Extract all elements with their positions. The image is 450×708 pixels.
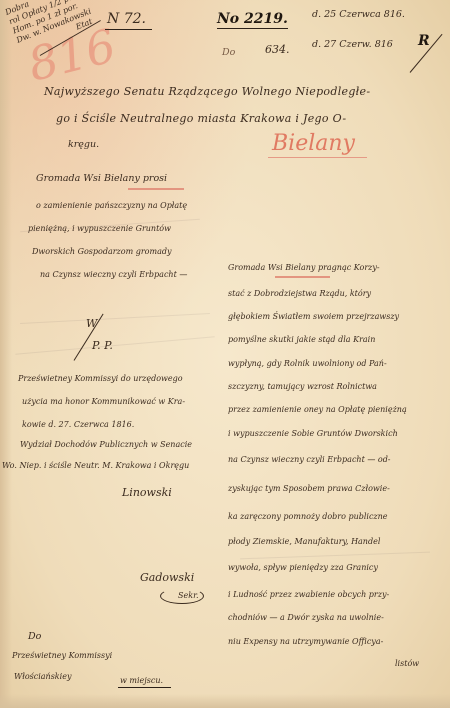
signature-flourish [160, 588, 204, 604]
body-line: szczyzny, tamujący wzrost Rolnictwa [228, 383, 377, 391]
summary-line: pieniężną, i wypuszczenie Gruntów [28, 225, 171, 233]
summary-line: Gromada Wsi Bielany prosi [36, 174, 167, 184]
body-line: przez zamienienie oney na Opłatę pienięż… [228, 406, 407, 414]
summary-line: o zamienienie pańszczyzny na Opłatę [36, 202, 187, 210]
body-line: i wypuszczenie Sobie Gruntów Dworskich [228, 430, 398, 438]
paper-left-edge [0, 0, 12, 708]
corner-mark: R [418, 34, 430, 48]
heading-line: kręgu. [68, 140, 99, 150]
registry-sub-right: 634. [265, 44, 290, 55]
date-received: d. 25 Czerwca 816. [312, 10, 405, 20]
body-line: pomyślne skutki jakie stąd dla Krain [228, 336, 375, 344]
body-line: głębokiem Światłem swoiem przejrzawszy [228, 313, 399, 321]
registry-number: No 2219. [217, 12, 288, 29]
body-line: listów [395, 660, 419, 668]
summary-red-underline [128, 188, 184, 190]
paper-bottom-edge [0, 694, 450, 708]
body-line: i Ludność przez zwabienie obcych przy- [228, 591, 389, 599]
address-location: w miejscu. [118, 677, 171, 688]
signature-linowski: Linowski [122, 487, 172, 498]
red-place-name: Bielany [268, 133, 367, 158]
bleed-through [240, 552, 430, 560]
body-line: ka zaręczony pomnoży dobro publiczne [228, 513, 388, 521]
bleed-through [20, 313, 210, 324]
address-line: Włościańskiey [14, 673, 71, 681]
body-line: Gromada Wsi Bielany pragnąc Korzy- [228, 264, 380, 272]
summary-line: Dworskich Gospodarzom gromady [32, 248, 171, 256]
body-line: zyskując tym Sposobem prawa Człowie- [228, 485, 390, 493]
summary-line: na Czynsz wieczny czyli Erbpacht — [40, 271, 187, 279]
body-red-underline [275, 276, 330, 278]
referral-line: użycia ma honor Kommunikować w Kra- [22, 398, 185, 406]
referral-line: Wo. Niep. i ściśle Neutr. M. Krakowa i O… [2, 462, 189, 470]
heading-line: Najwyższego Senatu Rządzącego Wolnego Ni… [44, 86, 370, 97]
body-line: niu Expensy na utrzymywanie Officya- [228, 638, 383, 646]
heading-line: go i Ściśle Neutralnego miasta Krakowa i… [56, 113, 346, 124]
referral-line: kowie d. 27. Czerwca 1816. [22, 421, 134, 429]
referral-line: Prześwietney Kommissyi do urzędowego [18, 375, 183, 383]
bleed-through [15, 336, 214, 354]
body-line: wywoła, spływ pieniędzy zza Granicy [228, 564, 378, 572]
referral-line: Wydział Dochodów Publicznych w Senacie [20, 441, 192, 449]
body-line: wypłyną, gdy Rolnik uwolniony od Pań- [228, 360, 387, 368]
address-line: Do [28, 632, 41, 642]
body-line: stać z Dobrodziejstwa Rządu, który [228, 290, 371, 298]
signature-gadowski: Gadowski [140, 572, 194, 583]
initials-bottom: P. P. [92, 340, 113, 351]
address-line: Prześwietney Kommissyi [12, 652, 112, 660]
body-line: płody Ziemskie, Manufaktury, Handel [228, 538, 380, 546]
registry-sub-left: Do [222, 48, 235, 58]
body-line: chodniów — a Dwór zyska na uwolnie- [228, 614, 384, 622]
date-processed: d. 27 Czerw. 816 [312, 40, 393, 50]
document-page: 816 Dobra rol Opłaty 1/2 pol Hom. po 1 z… [0, 0, 450, 708]
body-line: na Czynsz wieczny czyli Erbpacht — od- [228, 456, 391, 464]
reference-number: N 72. [105, 12, 152, 30]
